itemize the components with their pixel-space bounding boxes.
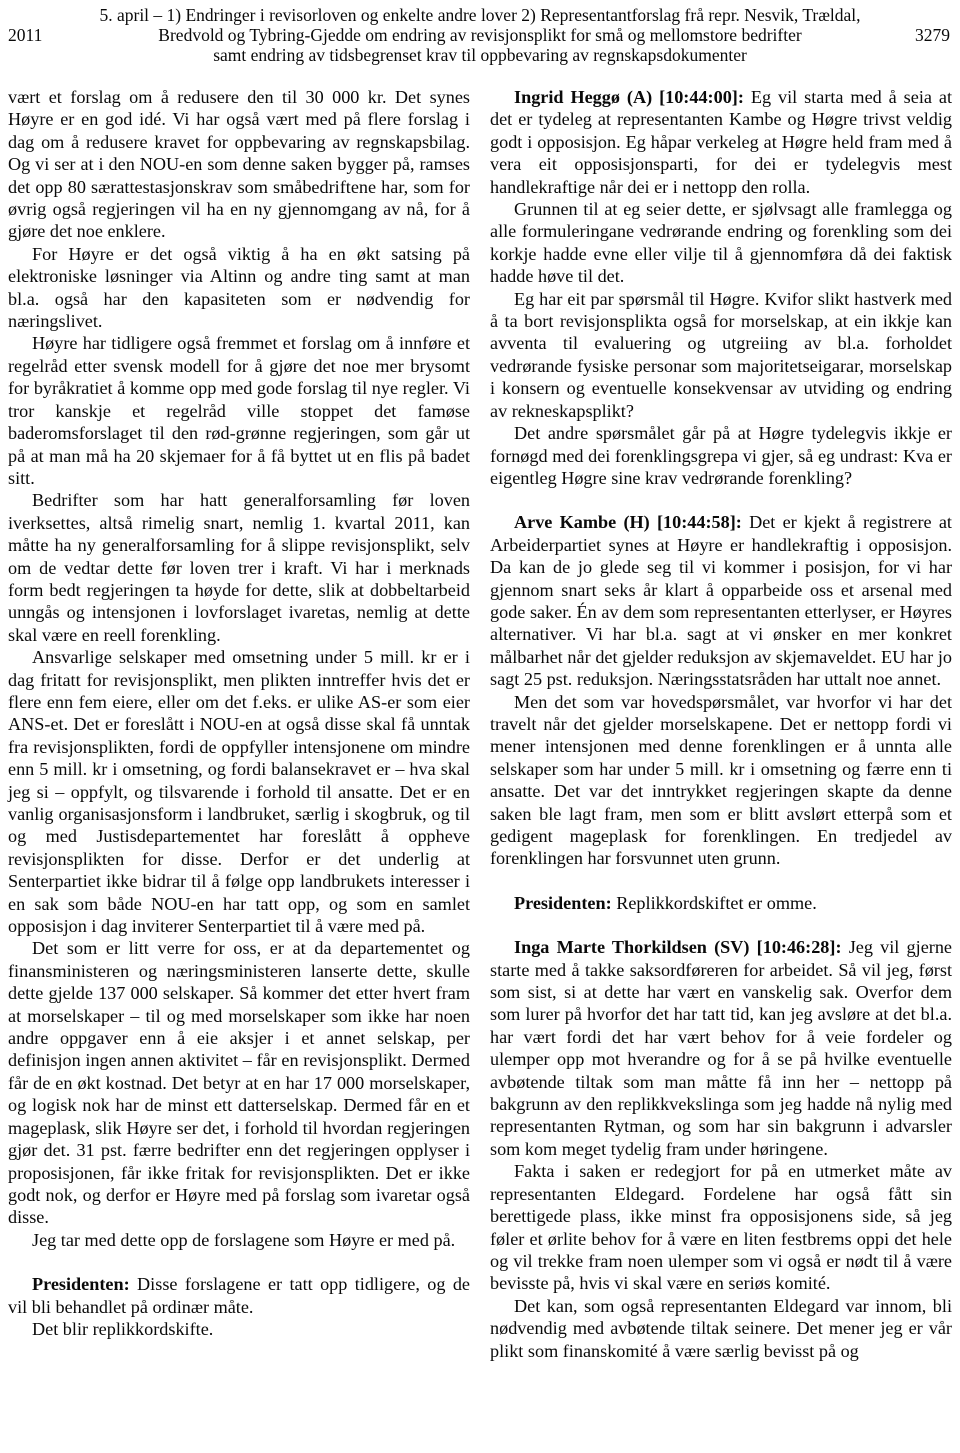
header-title-line1: 5. april – 1) Endringer i revisorloven o… bbox=[0, 5, 960, 25]
paragraph: Men det som var hovedspørsmålet, var hvo… bbox=[490, 691, 952, 870]
paragraph: Ingrid Heggø (A) [10:44:00]: Eg vil star… bbox=[490, 86, 952, 198]
paragraph: Bedrifter som har hatt generalforsamling… bbox=[8, 489, 470, 646]
header-middle-row: 2011 Bredvold og Tybring-Gjedde om endri… bbox=[0, 25, 960, 45]
speaker-name: Ingrid Heggø (A) [10:44:00]: bbox=[514, 87, 744, 107]
header-title-line2: Bredvold og Tybring-Gjedde om endring av… bbox=[158, 25, 801, 45]
text-columns: vært et forslag om å redusere den til 30… bbox=[0, 86, 960, 1362]
header-year: 2011 bbox=[8, 25, 42, 45]
document-page: 5. april – 1) Endringer i revisorloven o… bbox=[0, 0, 960, 1453]
right-column: Ingrid Heggø (A) [10:44:00]: Eg vil star… bbox=[490, 86, 952, 1362]
paragraph: Presidenten: Disse forslagene er tatt op… bbox=[8, 1273, 470, 1318]
paragraph: Jeg tar med dette opp de forslagene som … bbox=[8, 1229, 470, 1251]
paragraph: Høyre har tidligere også fremmet et fors… bbox=[8, 332, 470, 489]
paragraph: Eg har eit par spørsmål til Høgre. Kvifo… bbox=[490, 288, 952, 422]
paragraph: Det blir replikkordskifte. bbox=[8, 1318, 470, 1340]
paragraph: Det som er litt verre for oss, er at da … bbox=[8, 937, 470, 1228]
paragraph: Arve Kambe (H) [10:44:58]: Det er kjekt … bbox=[490, 511, 952, 690]
paragraph: For Høyre er det også viktig å ha en økt… bbox=[8, 243, 470, 333]
paragraph: Inga Marte Thorkildsen (SV) [10:46:28]: … bbox=[490, 936, 952, 1160]
speaker-name: Arve Kambe (H) [10:44:58]: bbox=[514, 512, 742, 532]
header-title-line3: samt endring av tidsbegrenset krav til o… bbox=[0, 45, 960, 65]
left-column: vært et forslag om å redusere den til 30… bbox=[8, 86, 470, 1362]
paragraph: Fakta i saken er redegjort for på en utm… bbox=[490, 1160, 952, 1294]
paragraph: Det kan, som også representanten Eldegar… bbox=[490, 1295, 952, 1362]
speaker-name: Inga Marte Thorkildsen (SV) [10:46:28]: bbox=[514, 937, 842, 957]
speaker-name: Presidenten: bbox=[32, 1274, 130, 1294]
paragraph: Det andre spørsmålet går på at Høgre tyd… bbox=[490, 422, 952, 489]
page-header: 5. april – 1) Endringer i revisorloven o… bbox=[0, 0, 960, 65]
paragraph: Ansvarlige selskaper med omsetning under… bbox=[8, 646, 470, 937]
header-page-number: 3279 bbox=[915, 25, 950, 45]
speaker-name: Presidenten: bbox=[514, 893, 612, 913]
paragraph: Grunnen til at eg seier dette, er sjølvs… bbox=[490, 198, 952, 288]
paragraph: Presidenten: Replikkordskiftet er omme. bbox=[490, 892, 952, 914]
paragraph: vært et forslag om å redusere den til 30… bbox=[8, 86, 470, 243]
